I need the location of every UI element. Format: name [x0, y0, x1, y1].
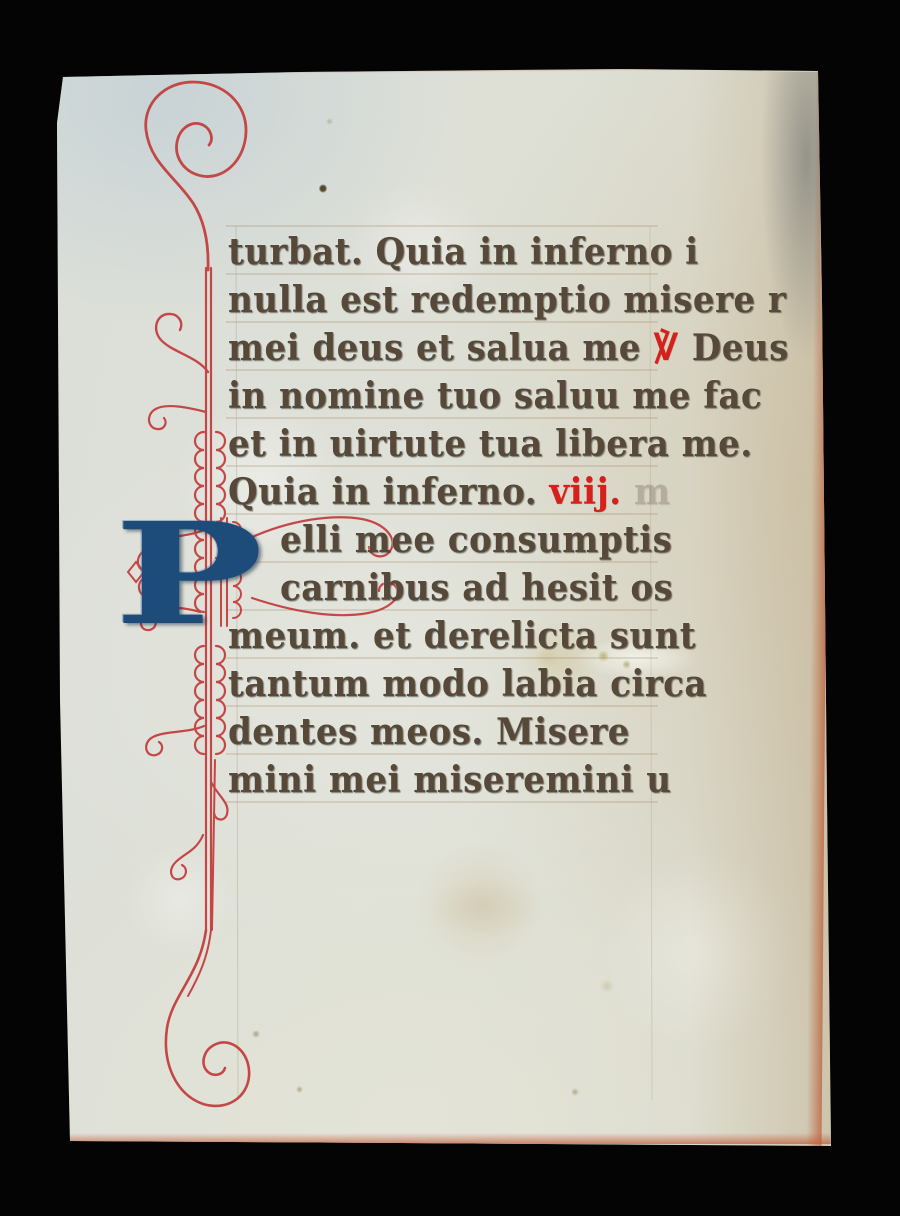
manuscript-line: dentes meos. Misere — [228, 711, 630, 753]
body-text: Quia in inferno. — [228, 471, 549, 513]
manuscript-line: carnibus ad hesit os — [280, 567, 673, 609]
body-text: carnibus ad hesit os — [280, 567, 673, 609]
manuscript-line: elli mee consumptis — [280, 519, 672, 561]
body-text: tantum modo labia circa — [228, 663, 707, 705]
body-text: m — [622, 471, 671, 513]
body-text: meum. et derelicta sunt — [228, 615, 696, 657]
body-text: in nomine tuo saluu me fac — [228, 375, 762, 417]
body-text: nulla est redemptio misere r — [228, 279, 786, 321]
body-text: dentes meos. Misere — [228, 711, 630, 753]
body-text: Deus — [679, 327, 788, 369]
manuscript-line: meum. et derelicta sunt — [228, 615, 696, 657]
manuscript-line: mei deus et salua me ℣ Deus — [228, 327, 789, 369]
body-text: elli mee consumptis — [280, 519, 672, 561]
body-text: turbat. Quia in inferno i — [228, 231, 699, 273]
rubric-text: viij. — [549, 471, 621, 513]
body-text: mini mei miseremini u — [228, 759, 672, 801]
photo-background: turbat. Quia in inferno inulla est redem… — [0, 0, 900, 1216]
drop-cap-initial: P — [114, 505, 263, 645]
manuscript-line: nulla est redemptio misere r — [228, 279, 786, 321]
body-text: et in uirtute tua libera me. — [228, 423, 753, 465]
rubric-text: ℣ — [653, 327, 679, 369]
manuscript-leaf: turbat. Quia in inferno inulla est redem… — [0, 0, 900, 1216]
manuscript-line: Quia in inferno. viij. m — [228, 471, 670, 513]
manuscript-line: in nomine tuo saluu me fac — [228, 375, 762, 417]
body-text: mei deus et salua me — [228, 327, 653, 369]
manuscript-line: turbat. Quia in inferno i — [228, 231, 699, 273]
manuscript-line: mini mei miseremini u — [228, 759, 672, 801]
manuscript-line: tantum modo labia circa — [228, 663, 707, 705]
manuscript-line: et in uirtute tua libera me. — [228, 423, 753, 465]
